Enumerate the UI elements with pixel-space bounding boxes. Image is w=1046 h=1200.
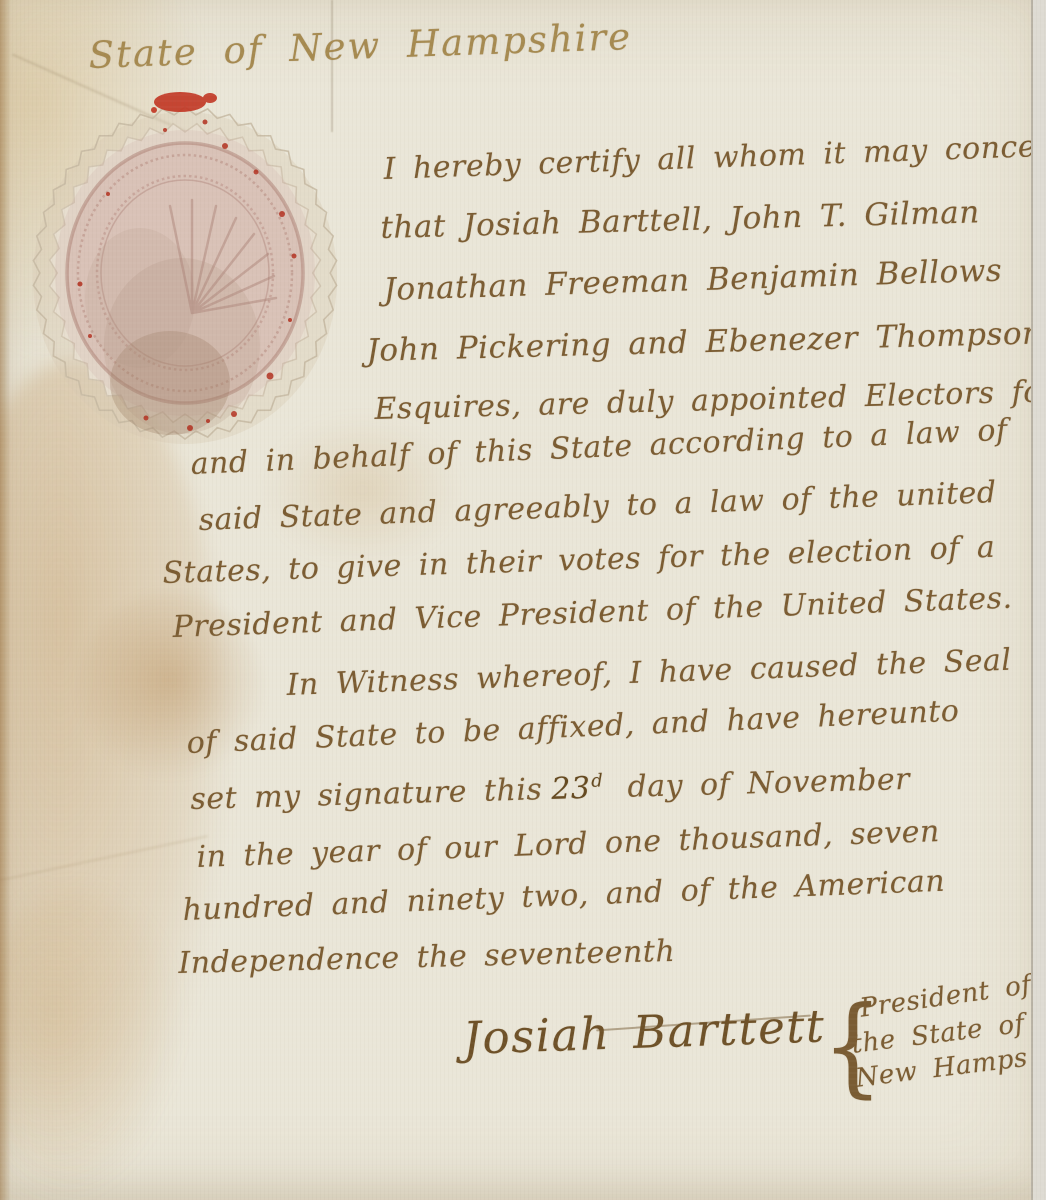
signature-josiah-bartlett: Josiah Barttett [462,999,826,1065]
date-line: set my signature this23dday of November [190,762,910,817]
manuscript-line-2: that Josiah Barttell, John T. Gilman [380,194,980,246]
month-text: day of November [627,762,910,805]
manuscript-line-4: John Pickering and Ebenezer Thompson [366,315,1043,369]
paper-right-edge [1031,0,1046,1200]
state-seal [20,88,350,458]
day-ordinal-superscript: d [591,770,604,791]
manuscript-line-10: In Witness whereof, I have caused the Se… [286,643,1012,703]
manuscript-line-15: Independence the seventeenth [178,934,676,981]
manuscript-line-9: President and Vice President of the Unit… [172,581,1013,645]
manuscript-line-13: in the year of our Lord one thousand, se… [196,814,940,875]
manuscript-line-14: hundred and ninety two, and of the Ameri… [182,864,946,928]
manuscript-line-1: I hereby certify all whom it may concern [383,128,1046,187]
manuscript-line-11: of said State to be affixed, and have he… [186,694,960,761]
document-page: State of New Hampshire I hereby certify … [0,0,1046,1200]
day-number: 23 [551,771,591,807]
paper-left-edge [0,0,11,1200]
date-line-text: set my signature this [190,772,543,817]
manuscript-line-3: Jonathan Freeman Benjamin Bellows [383,253,1003,308]
